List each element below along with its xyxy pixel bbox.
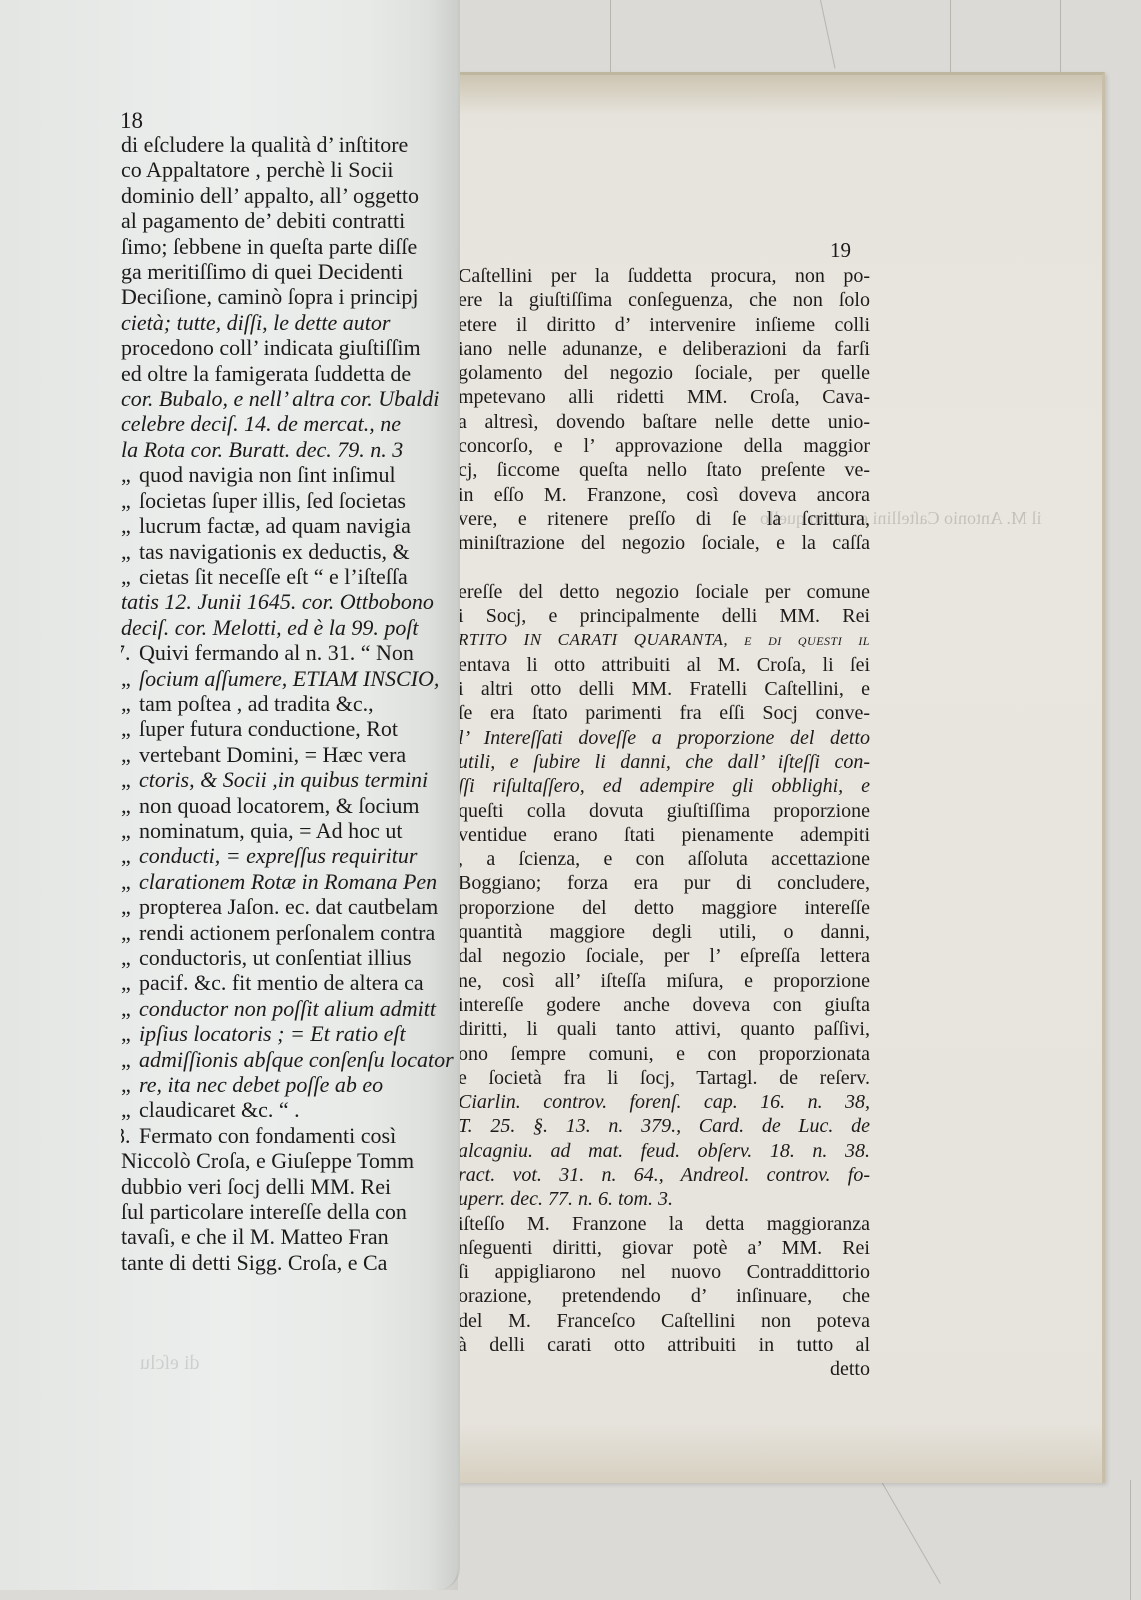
text-line: e ſocietà fra li ſocj, Tartagl. de reſer… <box>458 1066 870 1090</box>
text-line: „conductoris, ut conſentiat illius <box>121 945 461 970</box>
blank-line <box>458 556 870 580</box>
page-number-left: 18 <box>120 108 143 134</box>
top-edge-stain <box>450 75 1102 115</box>
backdrop-scratch <box>820 0 836 68</box>
text-line: RTITO IN CARATI QUARANTA, e di queſti il <box>458 628 870 652</box>
text-line: „cietas ſit neceſſe eſt “ e l’iſteſſa <box>121 564 461 589</box>
text-line: „propterea Jaſon. ec. dat cautbelam <box>121 894 461 919</box>
text-line: concorſo, e l’ approvazione della maggio… <box>458 434 870 458</box>
bleed-through-text: di eſclu <box>140 1352 199 1375</box>
text-line: Boggiano; forza era pur di concludere, <box>458 871 870 895</box>
text-line: dominio dell’ appalto, all’ oggetto <box>121 183 461 208</box>
text-line: ſe era ſtato parimenti fra eſſi Socj con… <box>458 701 870 725</box>
text-line: „tam poſtea , ad tradita &c., <box>121 691 461 716</box>
text-line: ere la giuſtiſſima conſeguenza, che non … <box>458 288 870 312</box>
text-line: ed oltre la famigerata ſuddetta de <box>121 361 461 386</box>
backdrop-scratch <box>880 1480 941 1584</box>
text-line: quantità maggiore degli utili, o danni, <box>458 920 870 944</box>
text-line: „ſocium aſſumere, ETIAM INSCIO, <box>121 666 461 691</box>
text-line: „re, ita nec debet poſſe ab eo <box>121 1072 461 1097</box>
text-line: tavaſi, e che il M. Matteo Fran <box>121 1224 461 1249</box>
text-line: „lucrum factæ, ad quam navigia <box>121 513 461 538</box>
text-line: ereſſe del detto negozio ſociale per com… <box>458 580 870 604</box>
text-line: „admiſſionis abſque conſenſu locator <box>121 1047 461 1072</box>
text-line: T. 25. §. 13. n. 379., Card. de Luc. de <box>458 1114 870 1138</box>
text-line: cor. Bubalo, e nell’ altra cor. Ubaldi <box>121 386 461 411</box>
text-line: golamento del negozio ſociale, per quell… <box>458 361 870 385</box>
text-line: „clarationem Rotæ in Romana Pen <box>121 869 461 894</box>
text-line: miniſtrazione del negozio ſociale, e la … <box>458 531 870 555</box>
text-line: proporzione del detto maggiore intereſſe <box>458 896 870 920</box>
text-line: orazione, pretendendo d’ inſinuare, che <box>458 1284 870 1308</box>
paragraph-37: 37.Quivi fermando al n. 31. “ Non <box>121 640 461 665</box>
text-line: „tas navigationis ex deductis, & <box>121 539 461 564</box>
text-line: cietà; tutte, diſſi, le dette autor <box>121 310 461 335</box>
text-line: tatis 12. Junii 1645. cor. Ottbobono <box>121 589 461 614</box>
text-line: ga meritiſſimo di quei Decidenti <box>121 259 461 284</box>
text-line: ſſi riſultaſſero, ed adempire gli obblig… <box>458 774 870 798</box>
text-line: ne, così all’ iſteſſa miſura, e proporzi… <box>458 969 870 993</box>
text-line: iano nelle adunanze, e deliberazioni da … <box>458 337 870 361</box>
paragraph-38: 38.Fermato con fondamenti così <box>121 1123 461 1148</box>
text-line: ract. vot. 31. n. 64., Andreol. controv.… <box>458 1163 870 1187</box>
text-line: alcagniu. ad mat. feud. obſerv. 18. n. 3… <box>458 1139 870 1163</box>
backdrop-scratch <box>1060 0 1061 75</box>
text-line: di eſcludere la qualità d’ inſtitore <box>121 132 461 157</box>
text-line: „quod navigia non ſint inſimul <box>121 462 461 487</box>
page-number-right: 19 <box>830 238 851 263</box>
text-line: Ciarlin. controv. forenſ. cap. 16. n. 38… <box>458 1090 870 1114</box>
text-line: „ſuper futura conductione, Rot <box>121 716 461 741</box>
text-line: cj, ſiccome queſta nello ſtato preſente … <box>458 458 870 482</box>
bottom-edge-stain <box>450 1423 1102 1483</box>
text-line: dal negozio ſociale, per l’ eſpreſſa let… <box>458 944 870 968</box>
text-line: „non quoad locatorem, & ſocium <box>121 793 461 818</box>
text-line: deciſ. cor. Melotti, ed è la 99. poſt <box>121 615 461 640</box>
text-line: uperr. dec. 77. n. 6. tom. 3. <box>458 1187 870 1211</box>
text-line: i altri otto delli MM. Fratelli Caſtelli… <box>458 677 870 701</box>
text-line: utili, e ſubire li danni, che dall’ iſte… <box>458 750 870 774</box>
text-line: intereſſe godere anche doveva con giuſta <box>458 993 870 1017</box>
text-line: a altresì, dovendo baſtare nelle dette u… <box>458 410 870 434</box>
text-line: l’ Intereſſati doveſſe a proporzione del… <box>458 726 870 750</box>
text-line: Caſtellini per la ſuddetta procura, non … <box>458 264 870 288</box>
text-line: i Socj, e principalmente delli MM. Rei <box>458 604 870 628</box>
text-line: , a ſcienza, e con aſſoluta accettazione <box>458 847 870 871</box>
text-line: „ſocietas ſuper illis, ſed ſocietas <box>121 488 461 513</box>
catchword: detto <box>458 1357 870 1381</box>
text-line: del M. Franceſco Caſtellini non poteva <box>458 1309 870 1333</box>
text-line: la Rota cor. Buratt. dec. 79. n. 3 <box>121 437 461 462</box>
text-line: „nominatum, quia, = Ad hoc ut <box>121 818 461 843</box>
backdrop-scratch <box>610 0 611 80</box>
text-line: mpetevano alli ridetti MM. Croſa, Cava- <box>458 385 870 409</box>
text-line: ſul particolare intereſſe della con <box>121 1199 461 1224</box>
left-page-text: di eſcludere la qualità d’ inſtitore co … <box>121 132 461 1312</box>
text-line: al pagamento de’ debiti contratti <box>121 208 461 233</box>
text-line: queſti colla dovuta giuſtiſſima proporzi… <box>458 799 870 823</box>
text-line: nſeguenti diritti, giovar potè a’ MM. Re… <box>458 1236 870 1260</box>
text-line: „ipſius locatoris ; = Et ratio eſt <box>121 1021 461 1046</box>
text-line: iſteſſo M. Franzone la detta maggioranza <box>458 1212 870 1236</box>
text-line: vere, e ritenere preſſo di ſe la ſcrittu… <box>458 507 870 531</box>
backdrop-scratch <box>950 0 951 75</box>
text-line: dubbio veri ſocj delli MM. Rei <box>121 1174 461 1199</box>
text-line: „pacif. &c. fit mentio de altera ca <box>121 970 461 995</box>
text-line: Niccolò Croſa, e Giuſeppe Tomm <box>121 1148 461 1173</box>
text-line: entava li otto attribuiti al M. Croſa, l… <box>458 653 870 677</box>
text-line: etere il diritto d’ intervenire inſieme … <box>458 313 870 337</box>
text-line: tante di detti Sigg. Croſa, e Ca <box>121 1250 461 1275</box>
text-line: „vertebant Domini, = Hæc vera <box>121 742 461 767</box>
text-line: celebre deciſ. 14. de mercat., ne <box>121 411 461 436</box>
text-line: „ctoris, & Socii ,in quibus termini <box>121 767 461 792</box>
text-line: Deciſione, caminò ſopra i principj <box>121 284 461 309</box>
text-line: „claudicaret &c. “ . <box>121 1097 461 1122</box>
text-line: ono ſempre comuni, e con proporzionata <box>458 1042 870 1066</box>
backdrop-scratch <box>1130 1480 1131 1600</box>
text-line: „conducti, = expreſſus requiritur <box>121 843 461 868</box>
text-line: diritti, li quali tanto attivi, quanto p… <box>458 1017 870 1041</box>
text-line: à delli carati otto attribuiti in tutto … <box>458 1333 870 1357</box>
text-line: ventidue erano ſtati pienamente adempiti <box>458 823 870 847</box>
text-line: ſi appigliarono nel nuovo Contraddittori… <box>458 1260 870 1284</box>
text-line: ſimo; ſebbene in queſta parte diſſe <box>121 234 461 259</box>
text-line: in eſſo M. Franzone, così doveva ancora <box>458 483 870 507</box>
text-line: „rendi actionem perſonalem contra <box>121 920 461 945</box>
text-line: „conductor non poſſit alium admitt <box>121 996 461 1021</box>
text-line: co Appaltatore , perchè li Socii <box>121 157 461 182</box>
text-line: procedono coll’ indicata giuſtiſſim <box>121 335 461 360</box>
right-page-text: Caſtellini per la ſuddetta procura, non … <box>458 264 870 1382</box>
